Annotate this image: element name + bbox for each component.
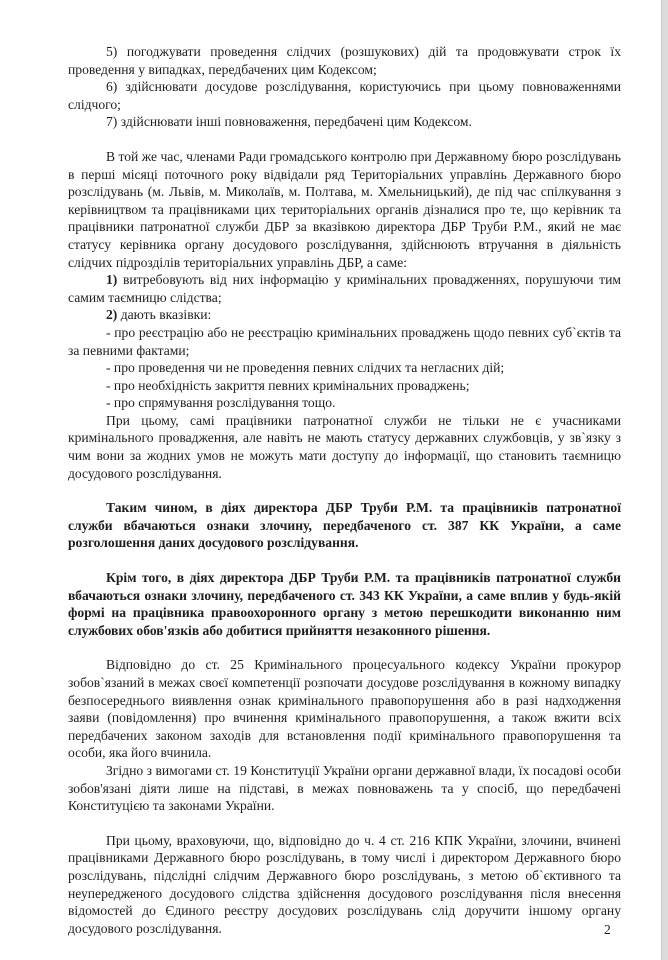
- document-page: 5) погоджувати проведення слідчих (розшу…: [68, 43, 621, 937]
- paragraph-council-visit: В той же час, членами Ради громадського …: [68, 148, 621, 271]
- paragraph-art-19-constitution: Згідно з вимогами ст. 19 Конституції Укр…: [68, 762, 621, 815]
- list-item-text: витребовують від них інформацію у кримін…: [68, 272, 621, 305]
- paragraph-patronage-service: При цьому, самі працівники патронатної с…: [68, 412, 621, 482]
- paragraph-art-216-cpc: При цьому, враховуючи, що, відповідно до…: [68, 832, 621, 938]
- list-marker: 1): [106, 272, 117, 287]
- dash-item-investigative-actions: - про проведення чи не проведення певних…: [68, 359, 621, 377]
- list-item-1: 1) витребовують від них інформацію у кри…: [68, 271, 621, 306]
- list-item-7: 7) здійснювати інші повноваження, передб…: [68, 113, 621, 131]
- list-item-text: дають вказівки:: [117, 307, 211, 322]
- list-item-5: 5) погоджувати проведення слідчих (розшу…: [68, 43, 621, 78]
- dash-item-registration: - про реєстрацію або не реєстрацію кримі…: [68, 324, 621, 359]
- page-number: 2: [604, 922, 611, 938]
- paragraph-art-343: Крім того, в діях директора ДБР Труби Р.…: [68, 569, 621, 639]
- dash-item-direction: - про спрямування розслідування тощо.: [68, 394, 621, 412]
- paragraph-art-387: Таким чином, в діях директора ДБР Труби …: [68, 499, 621, 552]
- list-item-2: 2) дають вказівки:: [68, 306, 621, 324]
- paragraph-art-25-cpc: Відповідно до ст. 25 Кримінального проце…: [68, 656, 621, 762]
- dash-item-closing-proceedings: - про необхідність закриття певних кримі…: [68, 377, 621, 395]
- scan-edge-strip: [661, 0, 668, 960]
- list-marker: 2): [106, 307, 117, 322]
- list-item-6: 6) здійснювати досудове розслідування, к…: [68, 78, 621, 113]
